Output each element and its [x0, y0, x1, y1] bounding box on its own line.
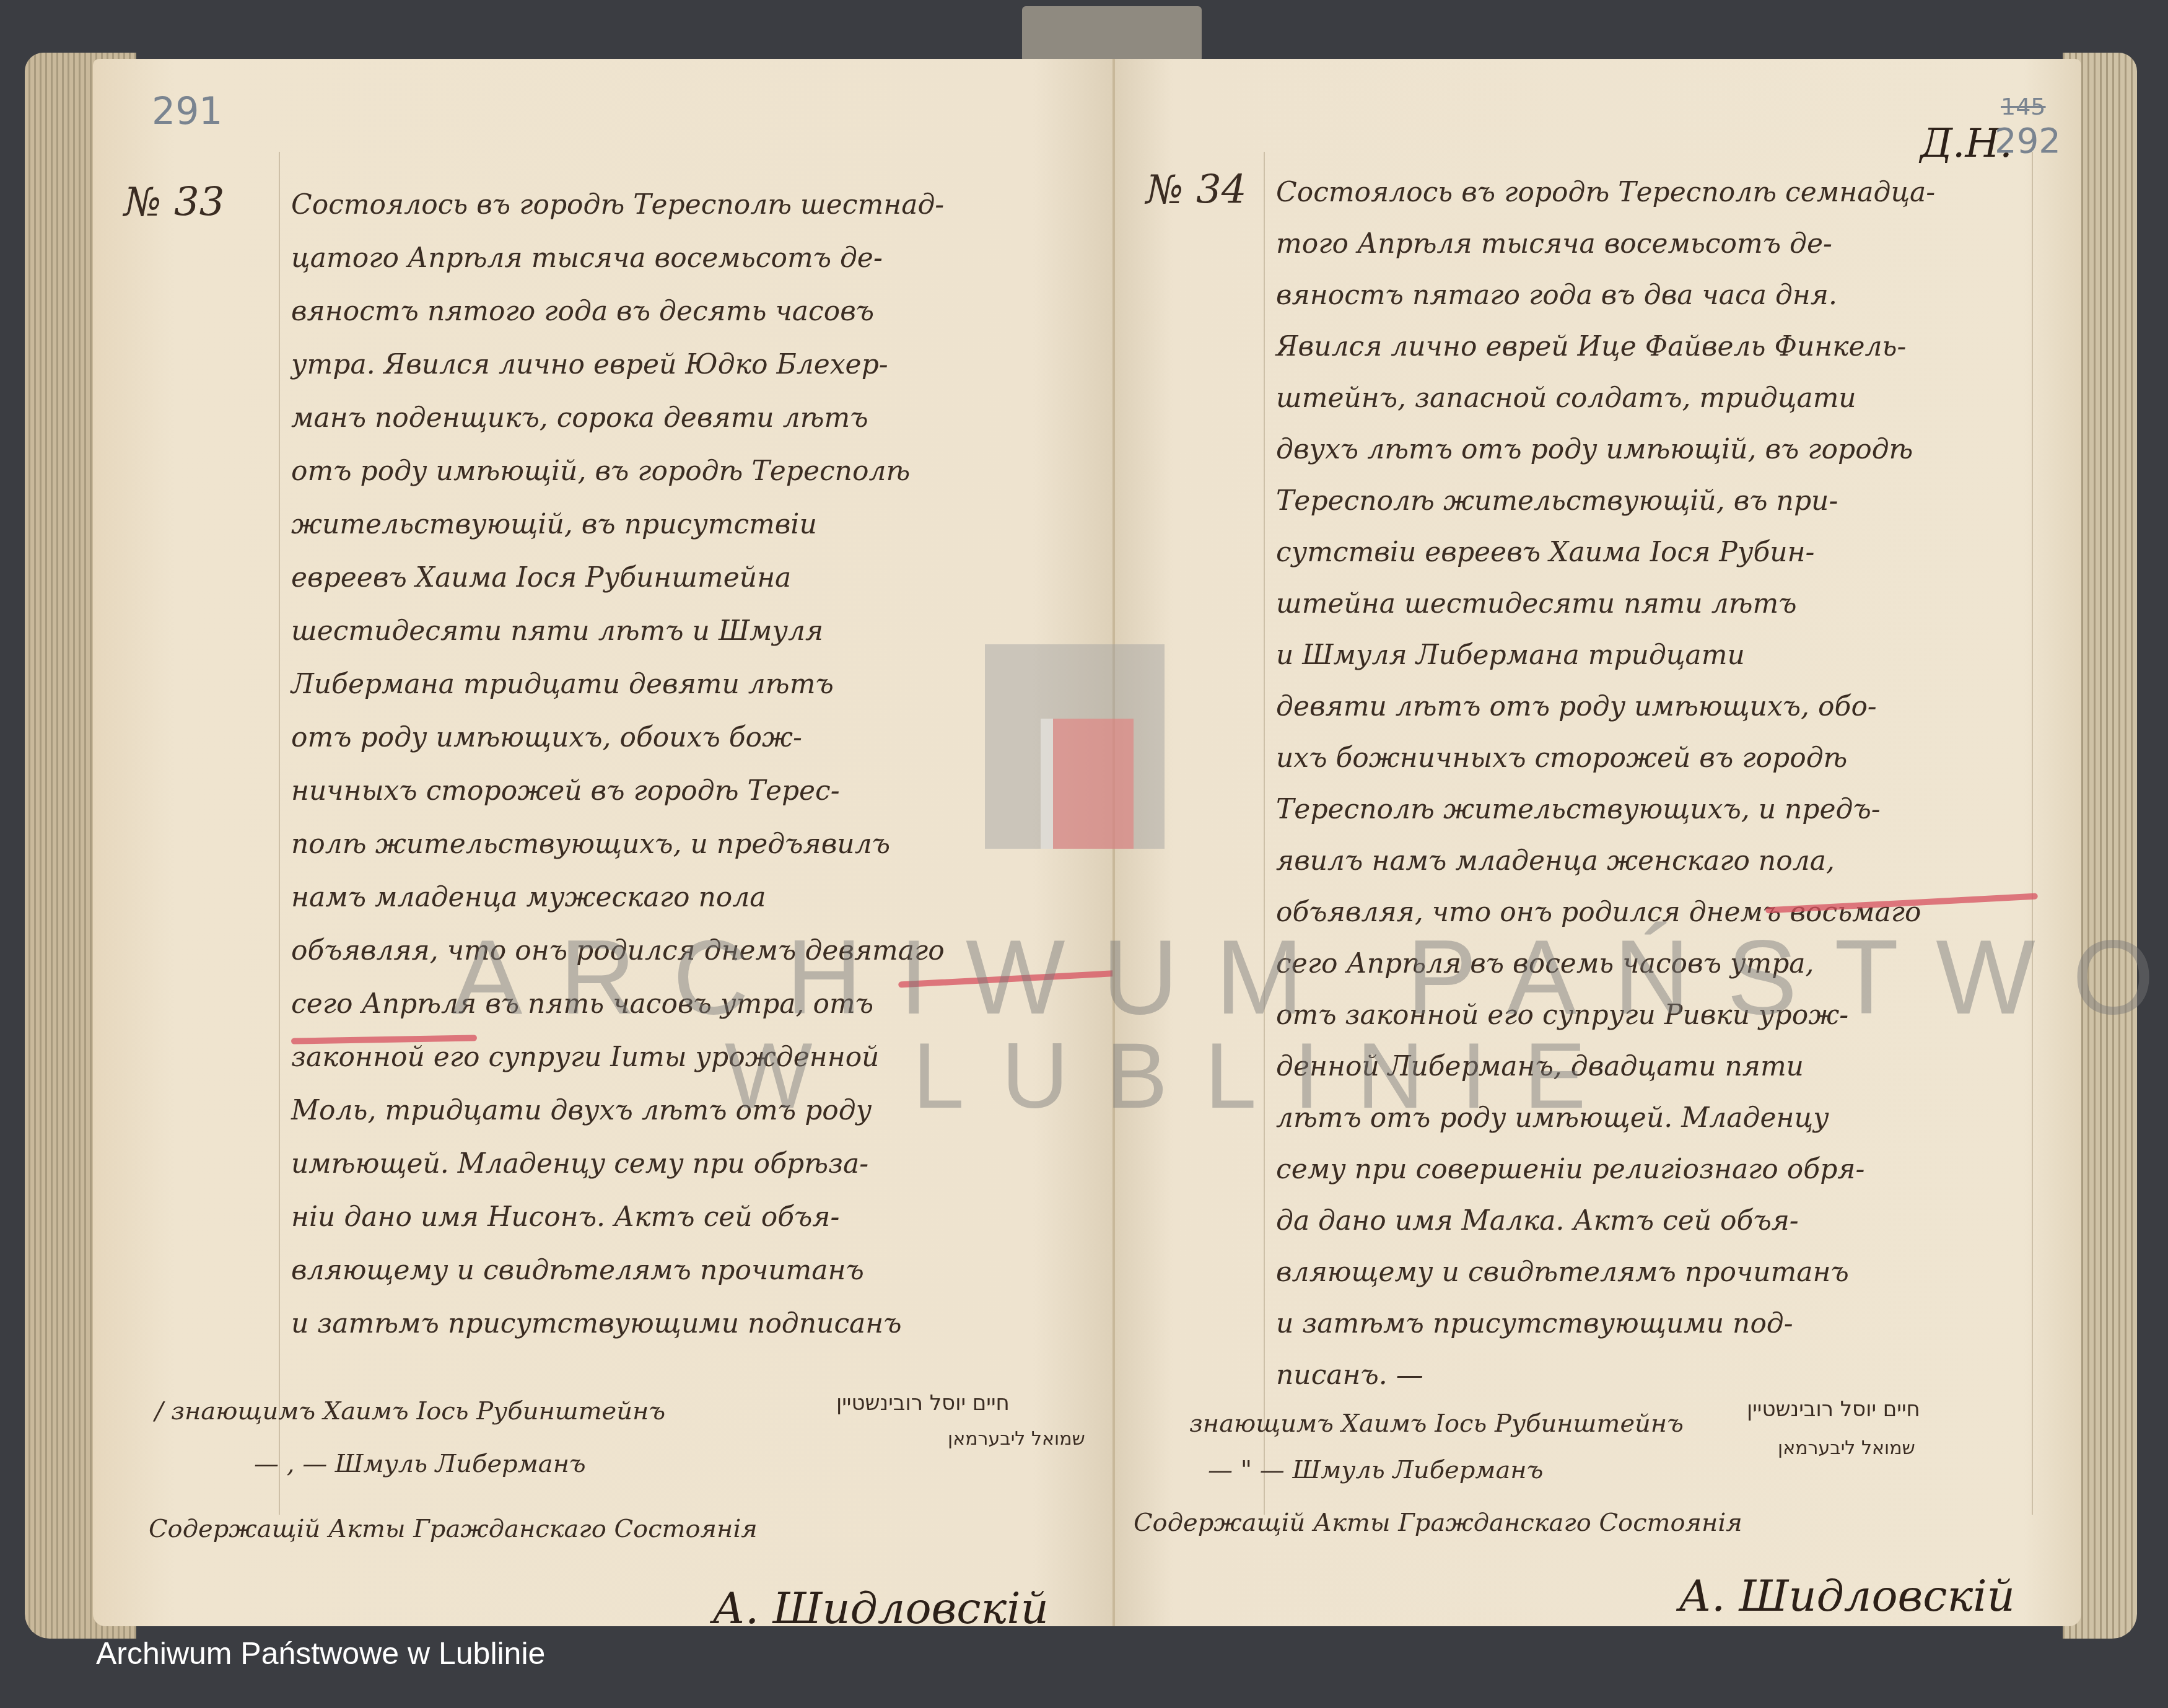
page-number: 291	[152, 90, 223, 133]
registrar-title: Содержащій Акты Гражданскаго Состоянія	[1134, 1509, 1742, 1537]
hebrew-signature: שמואל ליבערמאן	[1778, 1437, 1915, 1459]
text-line: да дано имя Малка. Актъ сей объя-	[1276, 1205, 1799, 1237]
text-line: вяностъ пятого года въ десять часовъ	[291, 296, 874, 327]
witness-signature: / знающимъ Хаимъ Іось Рубинштейнъ	[155, 1397, 665, 1426]
text-line: отъ роду имѣющій, въ городѣ Тересполѣ	[291, 455, 910, 487]
hebrew-signature: חיים יוסל רובינשטיין	[836, 1391, 1010, 1416]
text-line: имѣющей. Младенцу сему при обрѣза-	[291, 1148, 868, 1180]
registrar-signature: А. Шидловскій	[1679, 1570, 2015, 1621]
text-line: утра. Явился лично еврей Юдко Блехер-	[291, 349, 888, 380]
text-line: жительствующій, въ присутствіи	[291, 509, 817, 540]
witness-signature: — " — Шмуль Либерманъ	[1208, 1456, 1543, 1484]
text-line: писанъ. —	[1276, 1359, 1423, 1391]
archive-logo-red	[1053, 719, 1134, 849]
text-line: ніи дано имя Нисонъ. Актъ сей объя-	[291, 1201, 839, 1233]
text-line: намъ младенца мужескаго пола	[291, 882, 766, 913]
text-line: явилъ намъ младенца женскаго пола,	[1276, 845, 1835, 877]
hebrew-signature: שמואל ליבערמאן	[948, 1428, 1085, 1450]
watermark-line2: W LUBLINIE	[725, 1022, 1623, 1129]
text-line: Состоялось въ городѣ Тересполѣ семнадца-	[1276, 177, 1935, 208]
page-number: 292	[1995, 121, 2061, 161]
text-line: и затѣмъ присутствующими подписанъ	[291, 1308, 902, 1339]
text-line: манъ поденщикъ, сорока девяти лѣтъ	[291, 402, 868, 434]
registrar-title: Содержащій Акты Гражданскаго Состоянія	[149, 1515, 758, 1543]
text-line: Явился лично еврей Ице Файвель Финкель-	[1276, 331, 1906, 362]
registrar-signature: А. Шидловскій	[712, 1583, 1049, 1634]
text-line: ихъ божничныхъ сторожей въ городѣ	[1276, 742, 1847, 774]
text-line: евреевъ Хаима Іося Рубинштейна	[291, 562, 791, 593]
text-line: вляющему и свидѣтелямъ прочитанъ	[1276, 1256, 1849, 1288]
witness-signature: знающимъ Хаимъ Іось Рубинштейнъ	[1189, 1409, 1684, 1438]
text-line: сему при совершеніи религіознаго обря-	[1276, 1154, 1864, 1185]
left-page: 291 № 33 Состоялось въ городѣ Тересполѣ …	[93, 59, 1115, 1626]
text-line: сутствіи евреевъ Хаима Іося Рубин-	[1276, 536, 1814, 568]
binding-cloth	[1022, 6, 1202, 62]
text-line: вляющему и свидѣтелямъ прочитанъ	[291, 1255, 864, 1286]
text-line: двухъ лѣтъ отъ роду имѣющій, въ городѣ	[1276, 434, 1913, 465]
text-line: полѣ жительствующихъ, и предъявилъ	[291, 828, 890, 860]
text-line: Тересполѣ жительствующій, въ при-	[1276, 485, 1838, 517]
old-page-number: 145	[2001, 93, 2046, 120]
margin-rule	[279, 152, 280, 1515]
text-line: девяти лѣтъ отъ роду имѣющихъ, обо-	[1276, 691, 1877, 722]
entry-number: № 33	[124, 180, 224, 226]
entry-number: № 34	[1146, 167, 1246, 213]
witness-signature: — , — Шмуль Либерманъ	[254, 1450, 586, 1478]
text-line: и затѣмъ присутствующими под-	[1276, 1308, 1793, 1339]
text-line: цатого Апрѣля тысяча восемьсотъ де-	[291, 242, 883, 274]
text-line: ничныхъ сторожей въ городѣ Терес-	[291, 775, 840, 807]
text-line: Либермана тридцати девяти лѣтъ	[291, 668, 834, 700]
margin-rule	[2032, 152, 2033, 1515]
text-line: шестидесяти пяти лѣтъ и Шмуля	[291, 615, 823, 647]
text-line: Состоялось въ городѣ Тересполѣ шестнад-	[291, 189, 944, 221]
right-page: Д.Н. 145 292 № 34 Состоялось въ городѣ Т…	[1115, 59, 2081, 1626]
text-line: и Шмуля Либермана тридцати	[1276, 639, 1745, 671]
text-line: того Апрѣля тысяча восемьсотъ де-	[1276, 228, 1832, 260]
text-line: штейнъ, запасной солдатъ, тридцати	[1276, 382, 1856, 414]
hebrew-signature: חיים יוסל רובינשטיין	[1747, 1397, 1920, 1422]
text-line: отъ роду имѣющихъ, обоихъ бож-	[291, 722, 802, 753]
watermark-line1: ARCHIWUM PAŃSTWOWE	[452, 917, 2168, 1038]
text-line: штейна шестидесяти пяти лѣтъ	[1276, 588, 1797, 620]
margin-rule	[1264, 152, 1265, 1515]
text-line: Тересполѣ жительствующихъ, и предъ-	[1276, 794, 1881, 825]
text-line: вяностъ пятаго года въ два часа дня.	[1276, 279, 1837, 311]
archive-label: Archiwum Państwowe w Lublinie	[96, 1636, 545, 1671]
archive-logo-white	[1041, 719, 1053, 849]
